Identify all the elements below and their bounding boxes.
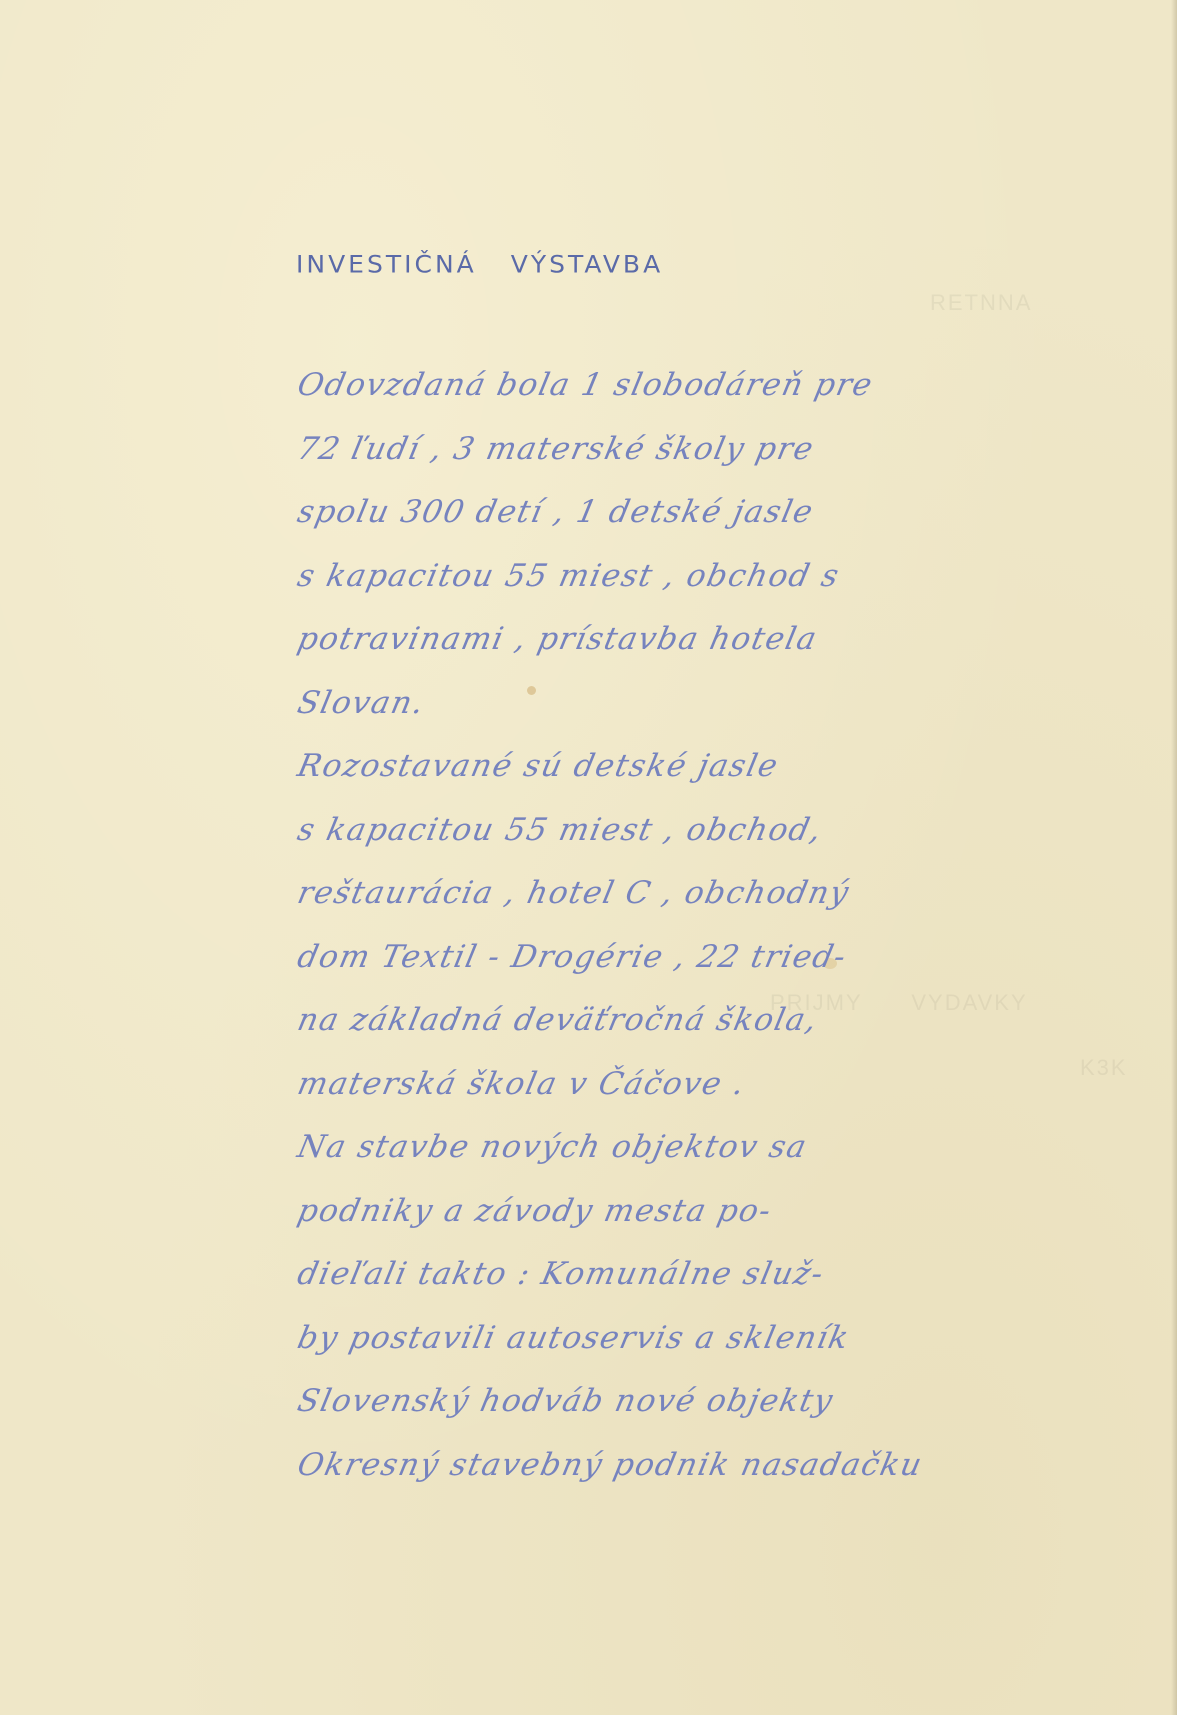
text-line: by postavili autoservis a skleník xyxy=(290,1313,1063,1377)
text-line: dieľali takto : Komunálne služ- xyxy=(290,1249,1063,1313)
heading-word-1: INVESTIČNÁ xyxy=(296,251,477,279)
text-line: Rozostavané sú detské jasle xyxy=(290,741,1063,805)
heading-word-2: VÝSTAVBA xyxy=(511,251,663,279)
text-line: 72 ľudí , 3 materské školy pre xyxy=(290,424,1063,488)
text-line: dom Textil - Drogérie , 22 tried- xyxy=(290,932,1063,996)
text-line: reštaurácia , hotel C , obchodný xyxy=(290,868,1063,932)
text-line: spolu 300 detí , 1 detské jasle xyxy=(290,487,1063,551)
text-line: s kapacitou 55 miest , obchod, xyxy=(290,805,1063,869)
text-line: na základná deväťročná škola, xyxy=(290,995,1063,1059)
text-line: Odovzdaná bola 1 slobodáreň pre xyxy=(290,360,1063,424)
text-line: s kapacitou 55 miest , obchod s xyxy=(290,551,1063,615)
page-heading: INVESTIČNÁVÝSTAVBA xyxy=(296,251,663,279)
text-line: podniky a závody mesta po- xyxy=(290,1186,1063,1250)
bleed-through-text: K3K xyxy=(1080,1055,1128,1081)
text-line: materská škola v Čáčove . xyxy=(290,1059,1063,1123)
text-line: Slovan. xyxy=(290,678,1063,742)
bleed-through-text: RETNNA xyxy=(930,290,1032,316)
scanned-page: RETNNA PRIJMY VYDAVKY K3K INVESTIČNÁVÝST… xyxy=(0,0,1177,1715)
page-edge xyxy=(1171,0,1177,1715)
text-line: potravinami , prístavba hotela xyxy=(290,614,1063,678)
text-line: Na stavbe nových objektov sa xyxy=(290,1122,1063,1186)
text-line: Okresný stavebný podnik nasadačku xyxy=(290,1440,1063,1504)
handwritten-body: Odovzdaná bola 1 slobodáreň pre 72 ľudí … xyxy=(290,360,1050,1503)
text-line: Slovenský hodváb nové objekty xyxy=(290,1376,1063,1440)
